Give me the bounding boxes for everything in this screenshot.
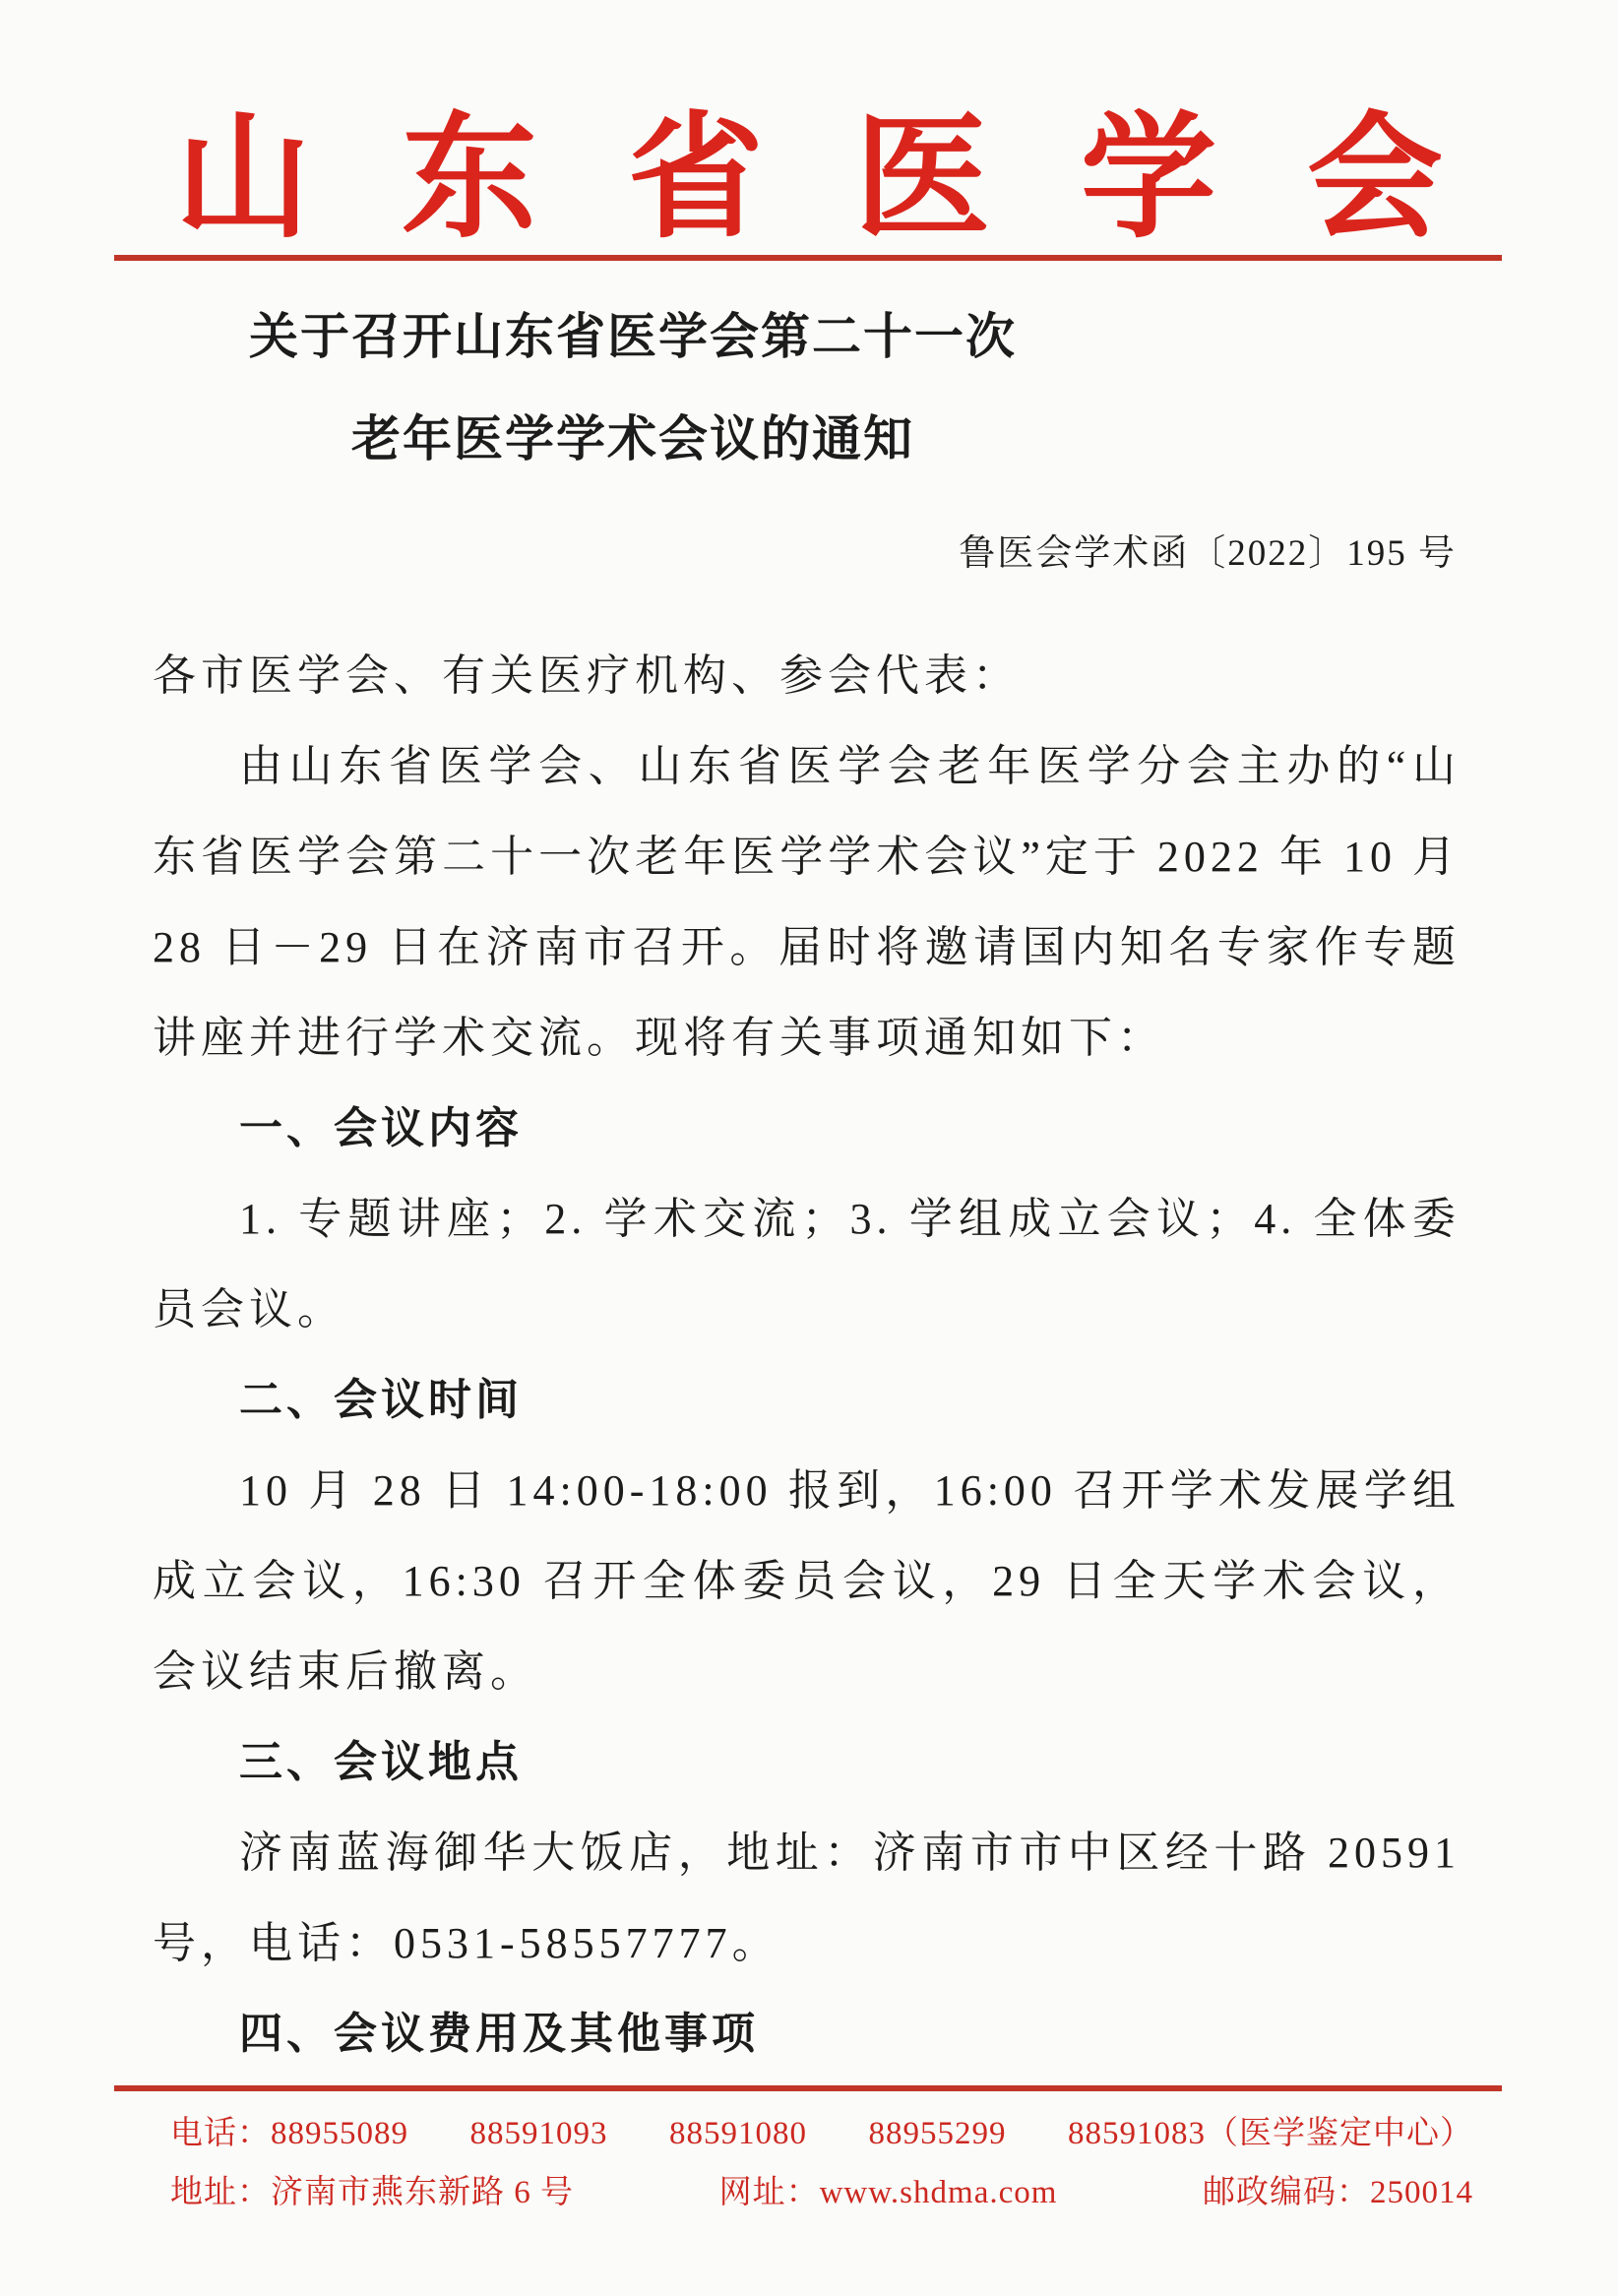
footer-postal-code: 邮政编码：250014	[1203, 2173, 1473, 2212]
section-1-heading: 一、会议内容	[153, 1084, 1461, 1174]
footer-phone-number-4: 88955299	[869, 2114, 1007, 2153]
footer-phone-number-2: 88591093	[470, 2114, 608, 2153]
footer-address: 地址：济南市燕东新路 6 号	[170, 2173, 574, 2212]
footer-phone-number-appraisal-center: 88591083（医学鉴定中心）	[1068, 2114, 1473, 2153]
masthead-rule	[114, 255, 1502, 261]
document-title: 关于召开山东省医学会第二十一次 老年医学学术会议的通知	[0, 285, 1266, 490]
title-line-1: 关于召开山东省医学会第二十一次	[0, 285, 1266, 388]
footer-phone-number-3: 88591080	[669, 2114, 807, 2153]
masthead: 山东省医学会	[0, 110, 1618, 248]
section-4-heading: 四、会议费用及其他事项	[153, 1989, 1461, 2079]
title-line-2: 老年医学学术会议的通知	[0, 388, 1266, 490]
document-page: 山东省医学会 关于召开山东省医学会第二十一次 老年医学学术会议的通知 鲁医会学术…	[0, 0, 1618, 2296]
doc-reference-number: 鲁医会学术函〔2022〕195 号	[959, 531, 1457, 577]
intro-paragraph: 由山东省医学会、山东省医学会老年医学分会主办的“山东省医学会第二十一次老年医学学…	[153, 721, 1461, 1084]
footer-info-row: 地址：济南市燕东新路 6 号 网址：www.shdma.com 邮政编码：250…	[170, 2173, 1473, 2212]
org-name-title: 山东省医学会	[175, 110, 1533, 248]
footer-phone-row: 电话：88955089 88591093 88591080 88955299 8…	[170, 2114, 1473, 2153]
footer-rule	[114, 2085, 1502, 2091]
section-3-text: 济南蓝海御华大饭店，地址：济南市市中区经十路 20591 号，电话：0531-5…	[153, 1808, 1461, 1989]
salutation: 各市医学会、有关医疗机构、参会代表：	[153, 631, 1461, 721]
section-2-text: 10 月 28 日 14:00-18:00 报到，16:00 召开学术发展学组成…	[153, 1446, 1461, 1717]
section-2-heading: 二、会议时间	[153, 1355, 1461, 1446]
footer-phone-label-number: 电话：88955089	[170, 2114, 408, 2153]
section-1-text: 1. 专题讲座；2. 学术交流；3. 学组成立会议；4. 全体委员会议。	[153, 1174, 1461, 1355]
footer-website: 网址：www.shdma.com	[719, 2173, 1058, 2212]
notice-body: 各市医学会、有关医疗机构、参会代表： 由山东省医学会、山东省医学会老年医学分会主…	[153, 631, 1461, 2079]
section-3-heading: 三、会议地点	[153, 1717, 1461, 1808]
